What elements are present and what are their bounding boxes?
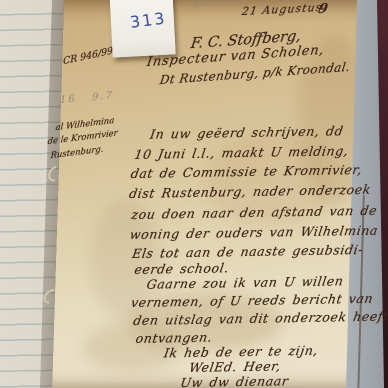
closing-line: Ik heb de eer te zijn, (163, 343, 319, 361)
body-line: woning der ouders van Wilhelmina (129, 223, 380, 242)
body-line: dat de Commissie te Kromrivier, (130, 162, 364, 181)
body-line: 10 Juni l.l., maakt U melding, (133, 143, 349, 162)
letter-body: In uw geëerd schrijven, dd 10 Juni l.l.,… (128, 116, 378, 388)
body-line: Els tot aan de naaste gesubsidi- (131, 242, 364, 261)
closing-line: WelEd. Heer, (188, 358, 282, 375)
body-line: Gaarne zou ik van U willen (146, 273, 345, 291)
body-line: den uitslag van dit onderzoek heeft (132, 308, 388, 328)
archival-letter-photo: O1.9 1/99 21 Augustus 9 F. C. Stoffberg,… (0, 0, 388, 388)
body-line: zou doen naar den afstand van de (130, 203, 378, 222)
body-line: ontvangen. (135, 330, 214, 346)
body-line: dist Rustenburg, nader onderzoek (128, 182, 372, 201)
body-line: vernemen, of U reeds bericht van (130, 291, 374, 310)
body-line: eerde school. (133, 260, 230, 277)
sticky-label-number: 313 (129, 9, 168, 32)
sticky-label: GB 313 (109, 0, 175, 58)
body-line: In uw geëerd schrijven, dd (149, 123, 345, 141)
closing-line: Uw dw dienaar (179, 373, 289, 388)
